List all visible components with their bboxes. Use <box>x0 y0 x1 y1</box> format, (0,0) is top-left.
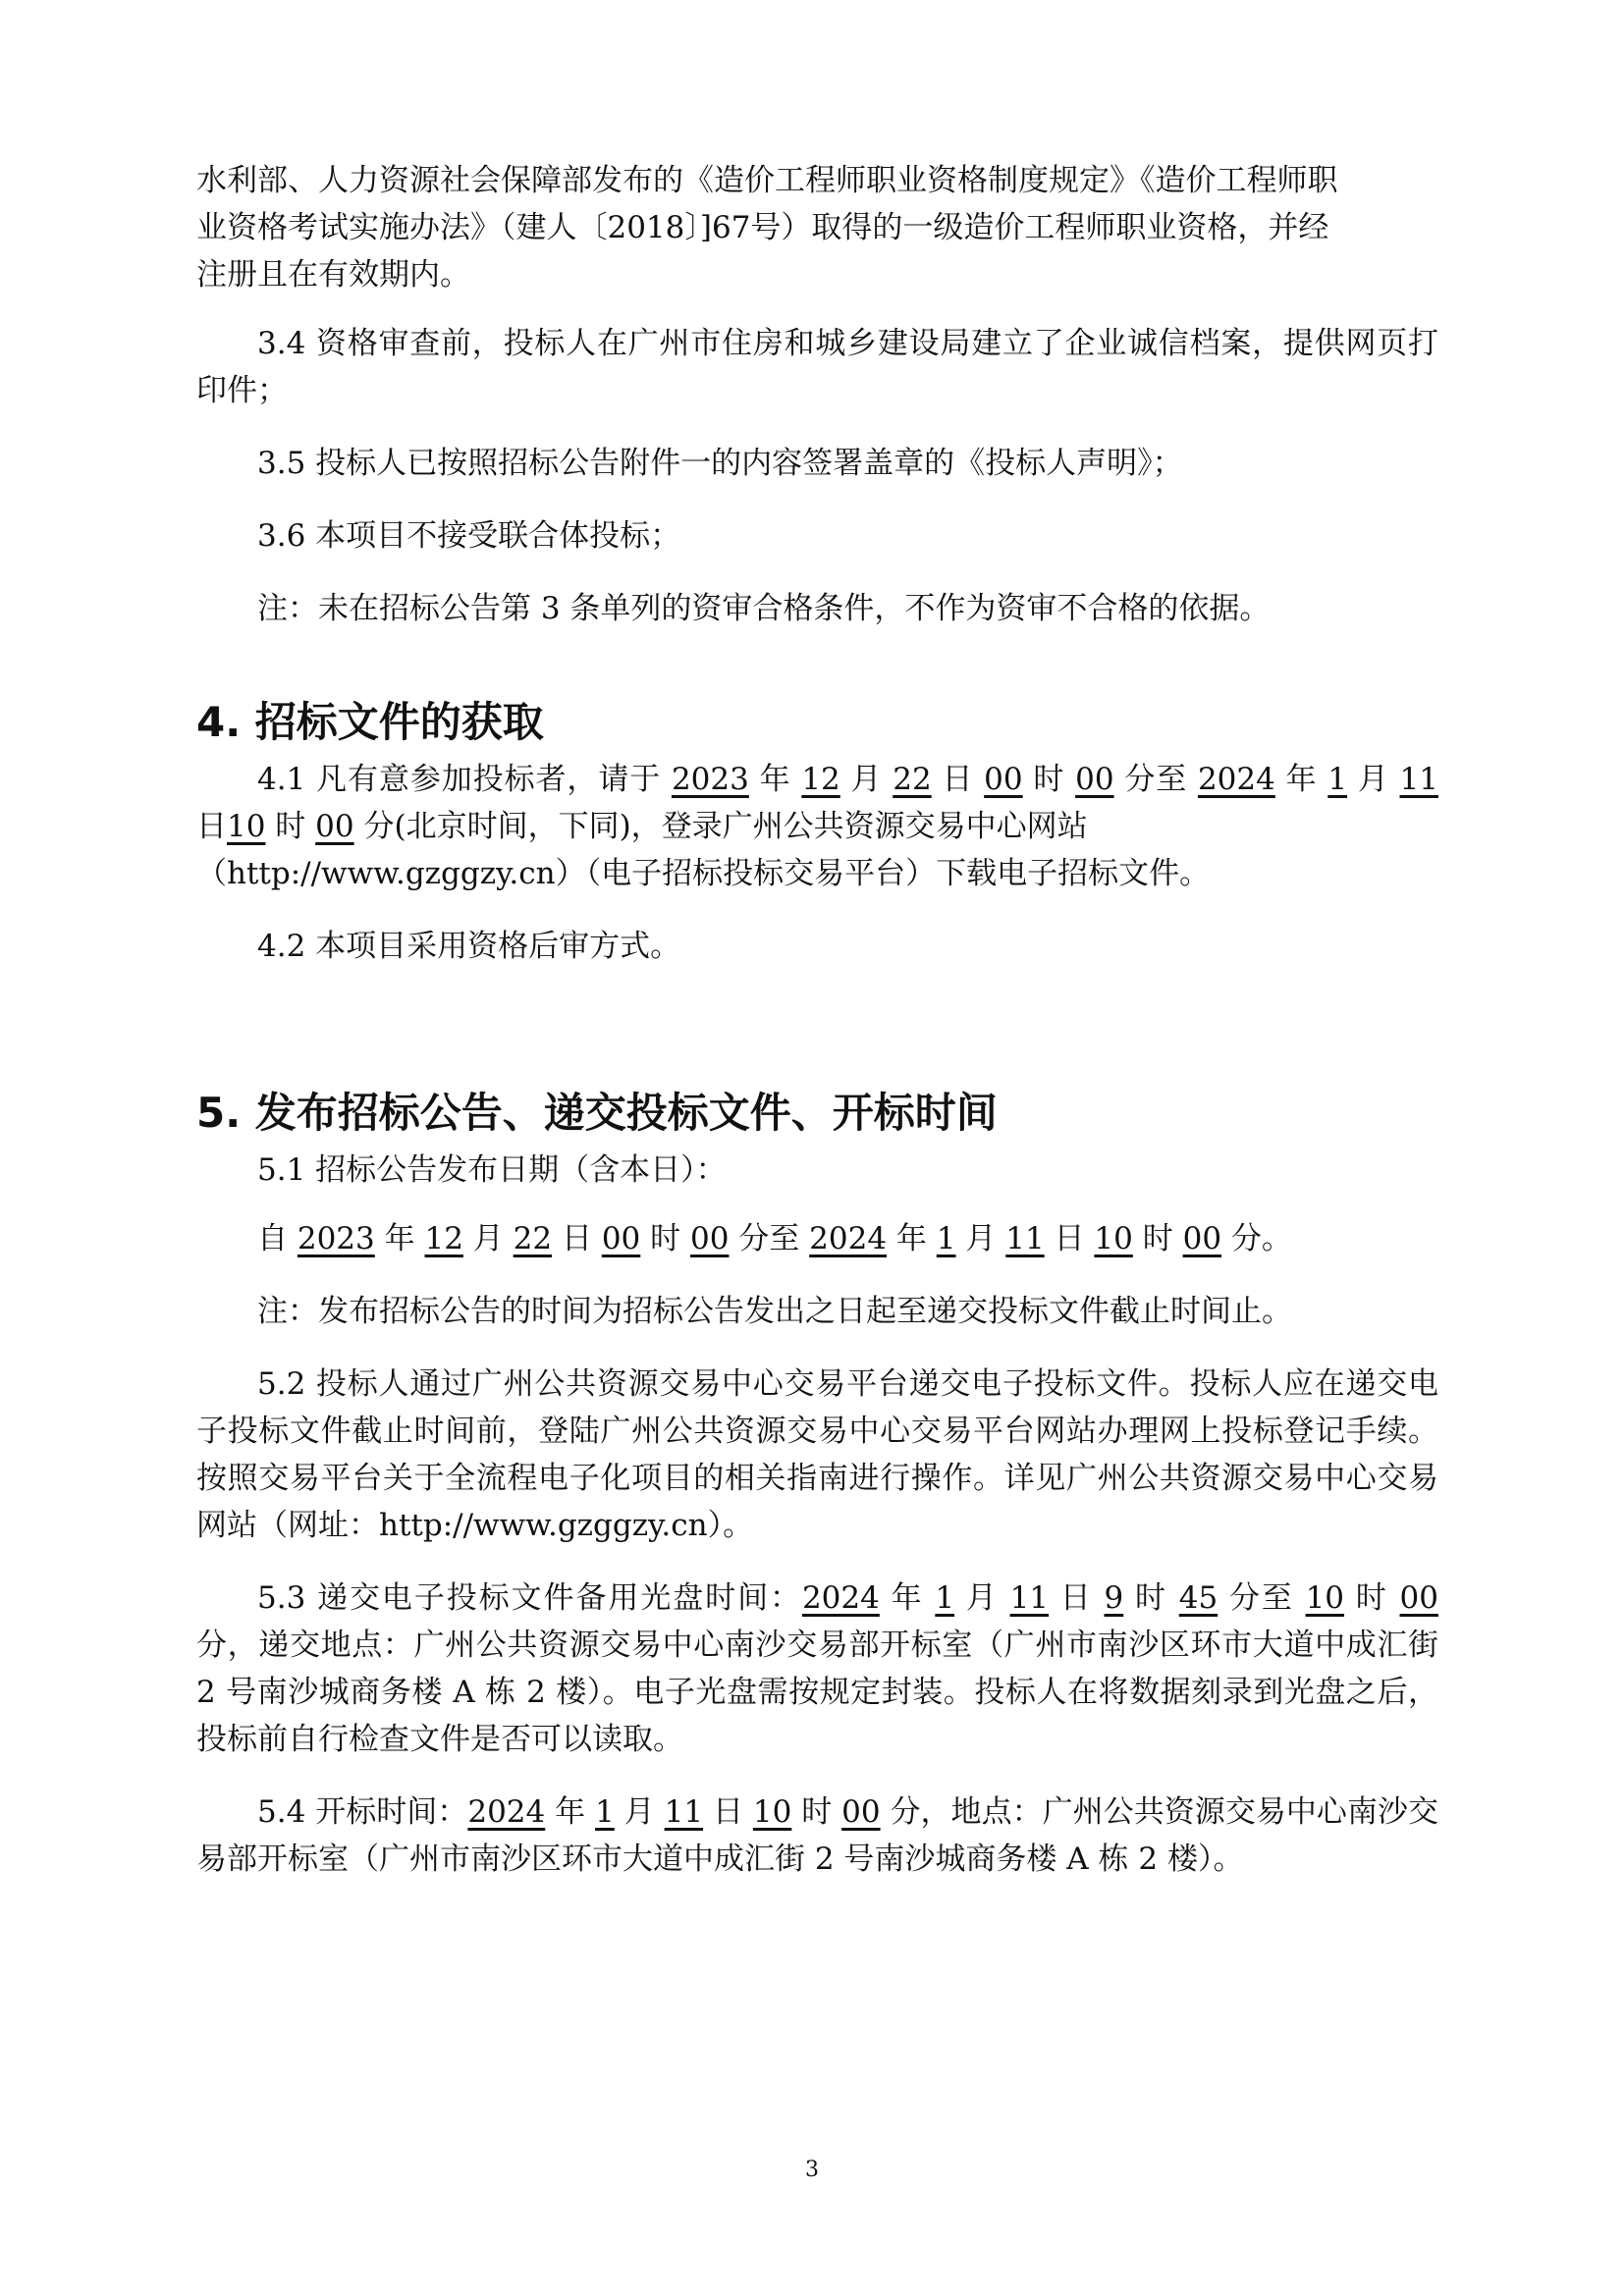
paragraph-4-2: 4.2 本项目采用资格后审方式。 <box>196 923 1438 970</box>
paragraph-3-note: 注：未在招标公告第 3 条单列的资审合格条件，不作为资审不合格的依据。 <box>196 585 1438 632</box>
text-line: 注册且在有效期内。 <box>196 257 470 293</box>
paragraph-5-1-note: 注：发布招标公告的时间为招标公告发出之日起至递交投标文件截止时间止。 <box>196 1288 1438 1335</box>
heading-section-4: 4. 招标文件的获取 <box>196 693 1438 752</box>
text-line: 3.4 资格审查前，投标人在广州市住房和城乡建设局建立了企业诚信档案，提供网 <box>257 326 1377 361</box>
paragraph-4-1: 4.1 凡有意参加投标者，请于 2023 年 12 月 22 日 00 时 00… <box>196 756 1438 897</box>
paragraph-5-2: 5.2 投标人通过广州公共资源交易中心交易平台递交电子投标文件。投标人应在递交电… <box>196 1361 1438 1549</box>
heading-section-5: 5. 发布招标公告、递交投标文件、开标时间 <box>196 1084 1438 1143</box>
paragraph-3-4: 3.4 资格审查前，投标人在广州市住房和城乡建设局建立了企业诚信档案，提供网页打… <box>196 320 1438 414</box>
paragraph-5-1-dates: 自 2023 年 12 月 22 日 00 时 00 分至 2024 年 1 月… <box>196 1215 1438 1262</box>
paragraph-3-3-cont: 水利部、人力资源社会保障部发布的《造价工程师职业资格制度规定》《造价工程师职 业… <box>196 157 1438 298</box>
paragraph-5-3: 5.3 递交电子投标文件备用光盘时间：2024 年 1 月 11 日 9 时 4… <box>196 1575 1438 1763</box>
document-page: 水利部、人力资源社会保障部发布的《造价工程师职业资格制度规定》《造价工程师职 业… <box>196 157 1438 1908</box>
text-line: 业资格考试实施办法》（建人〔2018〕]67号）取得的一级造价工程师职业资格，并… <box>196 210 1328 245</box>
paragraph-3-6: 3.6 本项目不接受联合体投标； <box>196 512 1438 560</box>
paragraph-5-1-title: 5.1 招标公告发布日期（含本日）： <box>196 1147 1438 1194</box>
paragraph-5-4: 5.4 开标时间：2024 年 1 月 11 日 10 时 00 分，地点：广州… <box>196 1789 1438 1883</box>
text-line: 水利部、人力资源社会保障部发布的《造价工程师职业资格制度规定》《造价工程师职 <box>196 163 1338 198</box>
paragraph-3-5: 3.5 投标人已按照招标公告附件一的内容签署盖章的《投标人声明》； <box>196 440 1438 487</box>
page-number: 3 <box>0 2158 1624 2182</box>
url-text: （http://www.gzggzy.cn）（电子招标投标交易平台）下载电子招标… <box>196 856 1210 891</box>
